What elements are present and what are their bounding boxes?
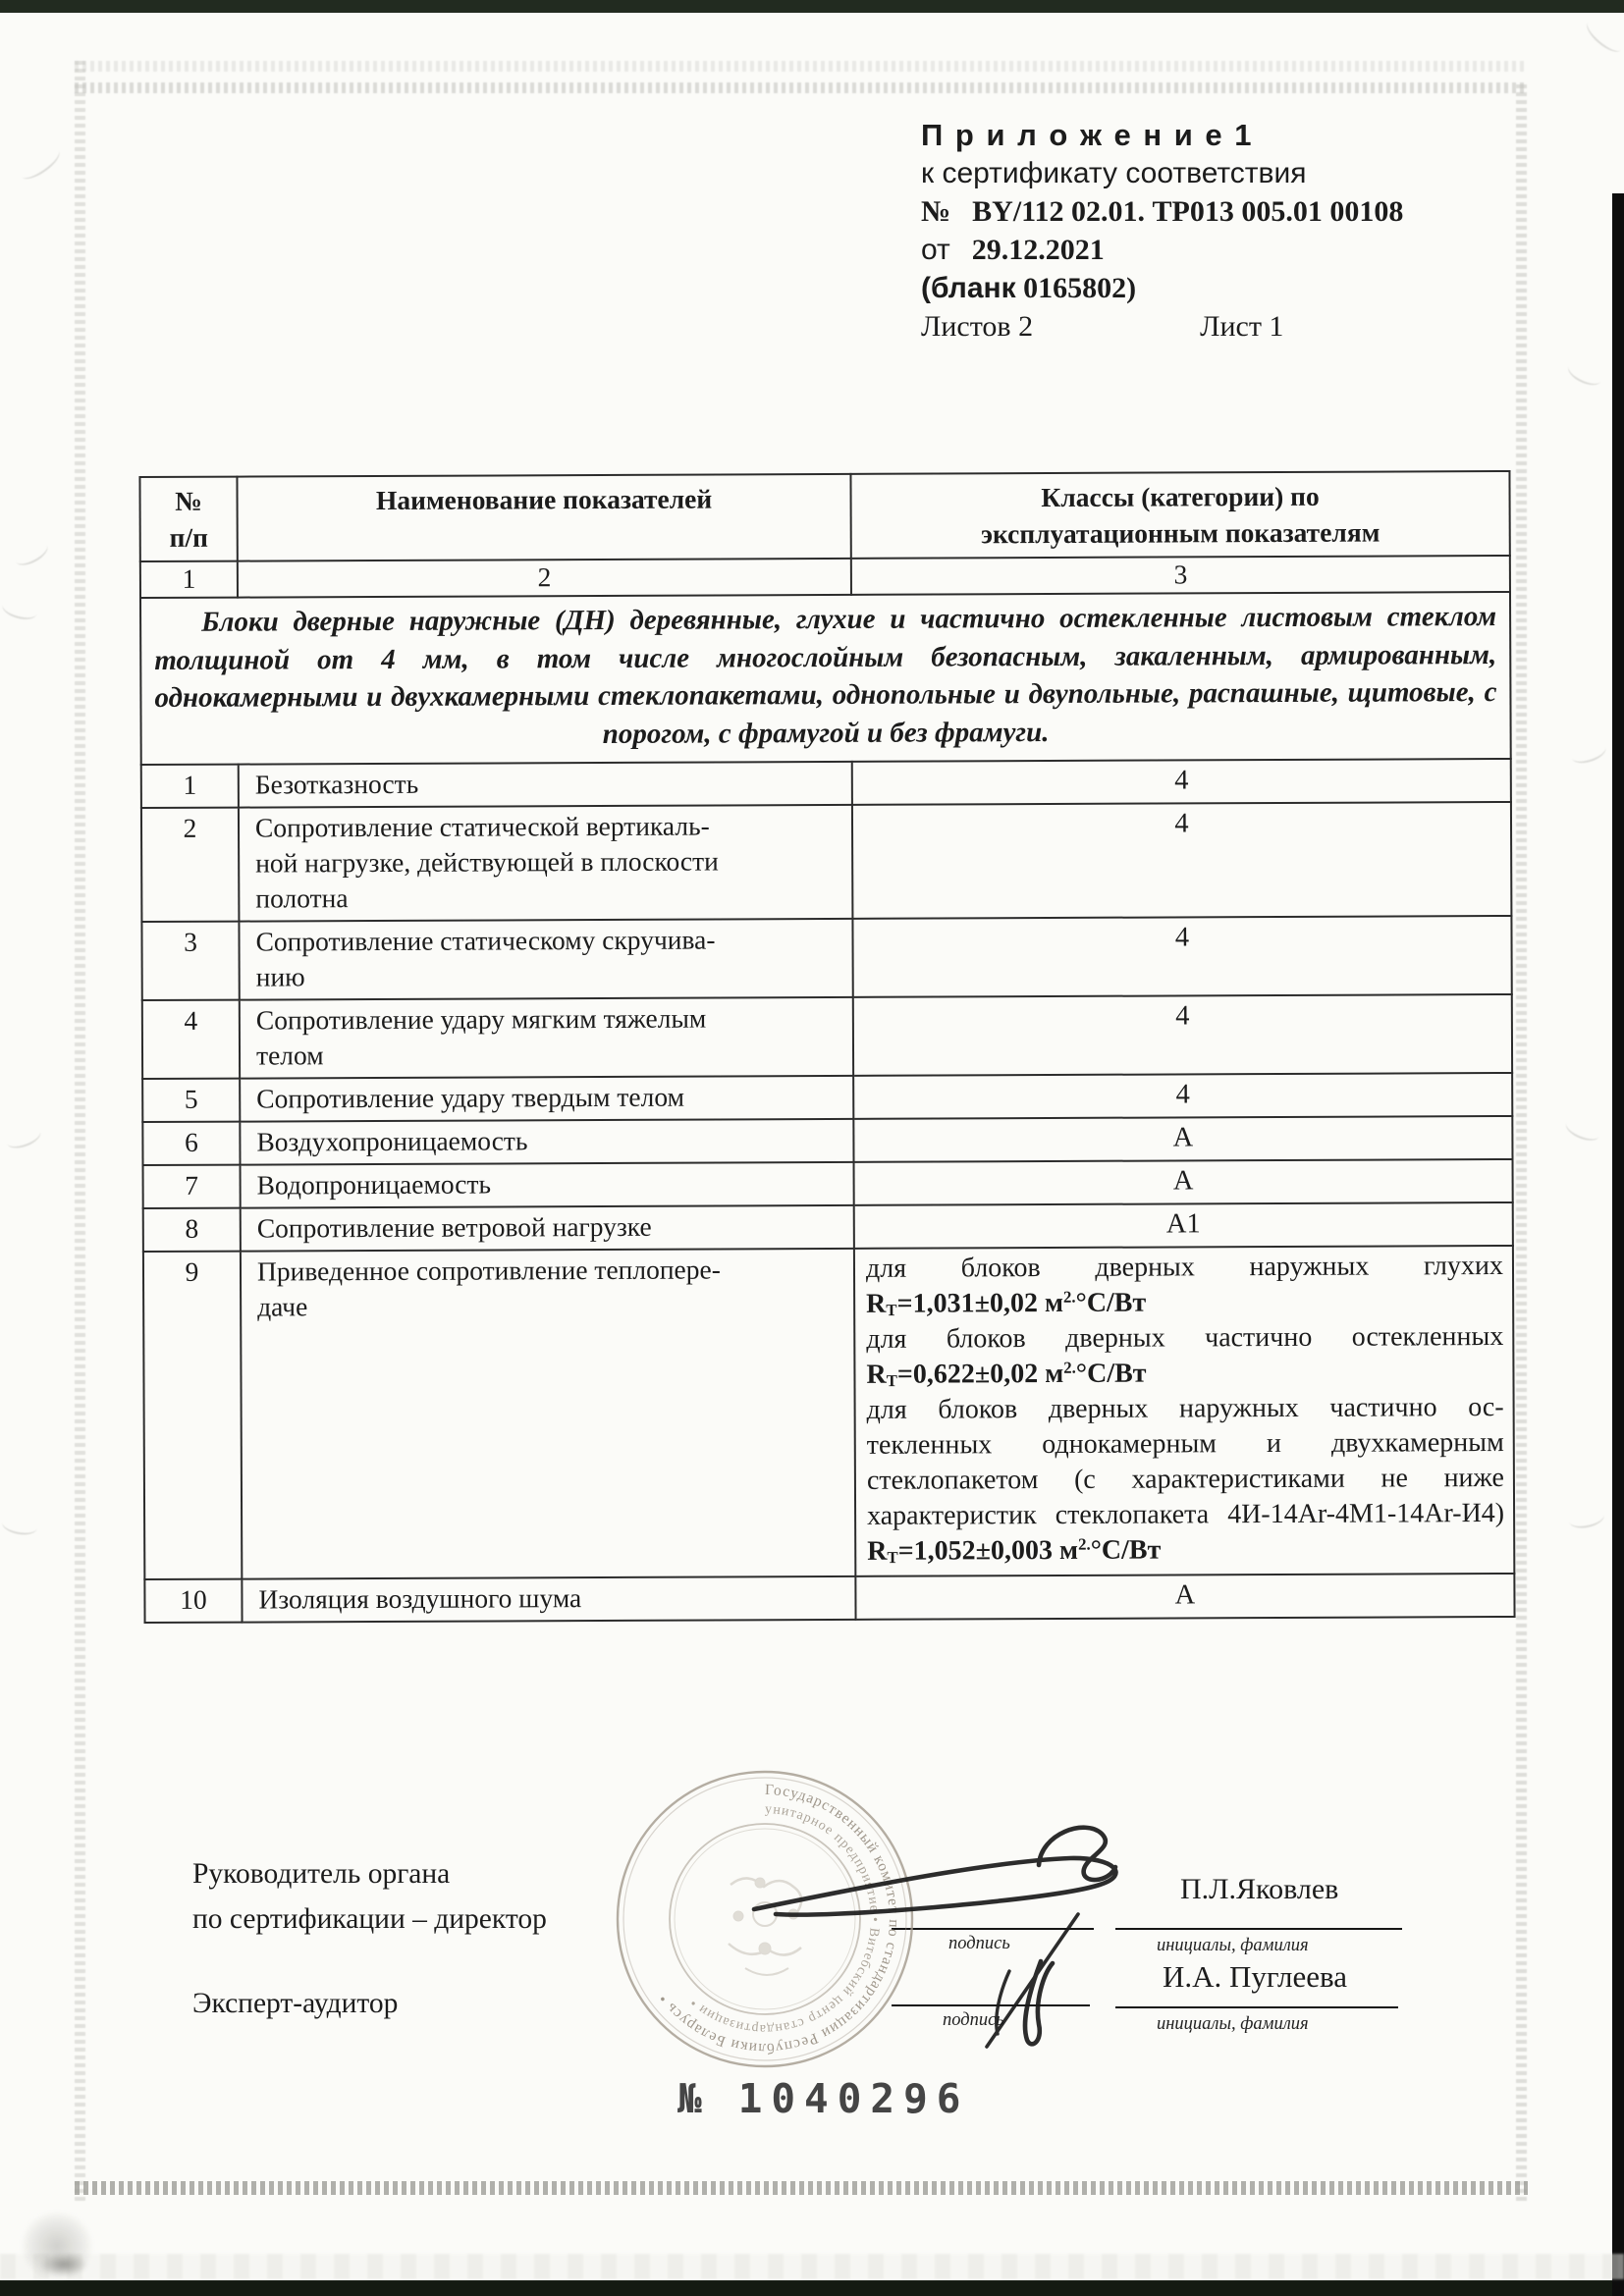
indicator-class-value: А	[854, 1159, 1513, 1205]
scan-right-edge	[1612, 193, 1624, 2296]
certificate-number-line: №BY/112 02.01. ТР013 005.01 00108	[921, 192, 1510, 231]
sheet-current: Лист 1	[1200, 310, 1283, 343]
serial-number-digits: 1040296	[738, 2075, 970, 2122]
indicator-class-value: 4	[853, 994, 1512, 1076]
director-name: П.Л.Яковлев	[1180, 1873, 1338, 1906]
col-index-3: 3	[851, 556, 1510, 595]
director-signature-stroke	[754, 1858, 1115, 1915]
name-caption-1: инициалы, фамилия	[1157, 1936, 1309, 1956]
row-number: 10	[144, 1579, 242, 1623]
table-row: 8Сопротивление ветровой нагрузкеА1	[143, 1202, 1513, 1252]
indicator-name: Приведенное сопротивление теплопере- дач…	[241, 1249, 855, 1579]
table-header-row: № п/п Наименование показателей Классы (к…	[139, 471, 1509, 561]
blank-frame-top-outer	[75, 61, 1526, 72]
product-category-cell: Блоки дверные наружные (ДН) деревянные, …	[140, 592, 1511, 765]
certificate-date: 29.12.2021	[972, 234, 1105, 266]
blank-line: (бланк 0165802)	[921, 269, 1510, 307]
indicator-class-value: 4	[852, 802, 1511, 919]
indicator-name: Сопротивление удару твердым телом	[240, 1076, 853, 1122]
auditor-name: И.А. Пуглеева	[1163, 1959, 1347, 1995]
indicators-tbody: 1Безотказность42Сопротивление статическо…	[141, 759, 1515, 1623]
row-number: 4	[142, 1000, 240, 1079]
margin-smudge	[1569, 739, 1608, 767]
margin-smudge	[0, 597, 38, 623]
margin-smudge	[1, 1514, 39, 1537]
indicator-class-value: 4	[853, 1073, 1512, 1119]
product-category-row: Блоки дверные наружные (ДН) деревянные, …	[140, 592, 1511, 765]
col-index-1: 1	[140, 561, 238, 598]
appendix-title: П р и л о ж е н и е 1	[921, 116, 1510, 155]
blank-label: (бланк	[921, 272, 1016, 304]
column-index-row: 1 2 3	[140, 556, 1510, 598]
certificate-appendix-page: П р и л о ж е н и е 1 к сертификату соот…	[0, 0, 1624, 2296]
table-row: 2Сопротивление статической вертикаль- но…	[141, 802, 1511, 922]
signatory-role-auditor: Эксперт-аудитор	[192, 1981, 398, 2026]
role-director-line1: Руководитель органа	[192, 1851, 644, 1896]
table-row: 5Сопротивление удару твердым телом4	[142, 1073, 1512, 1122]
scan-bottom-texture	[0, 2254, 1624, 2279]
table-row: 6ВоздухопроницаемостьА	[142, 1116, 1512, 1165]
indicator-class-value: А	[853, 1116, 1512, 1162]
scan-bottom-edge	[0, 2280, 1624, 2296]
table-row: 9Приведенное сопротивление теплопере- да…	[143, 1246, 1514, 1579]
indicator-name: Сопротивление статическому скручива- нию	[239, 919, 852, 1000]
indicator-name: Безотказность	[239, 762, 852, 808]
director-signature-flourish	[1039, 1828, 1115, 1880]
col-header-class: Классы (категории) по эксплуатационным п…	[850, 471, 1509, 559]
indicator-class-value: 4	[852, 759, 1511, 805]
row-number: 2	[141, 808, 240, 922]
indicator-class-value: 4	[852, 916, 1511, 997]
table-row: 10Изоляция воздушного шумаА	[144, 1574, 1514, 1623]
indicators-table: № п/п Наименование показателей Классы (к…	[138, 470, 1515, 1624]
margin-smudge	[1568, 1506, 1606, 1530]
row-number: 6	[142, 1122, 240, 1165]
margin-smudge	[1563, 1115, 1602, 1145]
row-number: 8	[143, 1208, 241, 1252]
blank-frame-top-inner	[75, 82, 1526, 93]
row-number: 5	[142, 1079, 240, 1122]
indicator-class-value: А1	[854, 1202, 1513, 1249]
indicator-name: Сопротивление ветровой нагрузке	[241, 1205, 854, 1252]
blank-serial-number: №1040296	[677, 2075, 969, 2122]
sheets-line: Листов 2Лист 1	[921, 307, 1510, 346]
blank-number: 0165802)	[1023, 272, 1136, 304]
col-header-no: № п/п	[139, 477, 237, 561]
indicator-name: Воздухопроницаемость	[240, 1119, 853, 1165]
indicator-name: Сопротивление удару мягким тяжелым телом	[240, 997, 853, 1079]
sheets-total: Листов 2	[921, 310, 1033, 343]
indicator-name: Сопротивление статической вертикаль- ной…	[239, 805, 853, 922]
margin-smudge	[4, 1123, 43, 1151]
col-index-2: 2	[238, 559, 851, 598]
signatory-role-director: Руководитель органа по сертификации – ди…	[192, 1851, 644, 1942]
indicator-class-value: для блоков дверных наружных глухихRТ=1,0…	[854, 1246, 1514, 1576]
certificate-date-line: от29.12.2021	[921, 231, 1510, 269]
document-header: П р и л о ж е н и е 1 к сертификату соот…	[921, 116, 1510, 346]
blank-frame-left	[75, 61, 85, 2201]
margin-smudge	[1582, 16, 1624, 57]
margin-smudge	[17, 143, 64, 184]
row-number: 9	[143, 1252, 242, 1579]
ink-stain-dark	[29, 2248, 98, 2281]
row-number: 7	[143, 1165, 241, 1208]
serial-number-label: №	[677, 2075, 709, 2122]
indicator-name: Изоляция воздушного шума	[242, 1576, 855, 1623]
table-row: 3Сопротивление статическому скручива- ни…	[141, 916, 1511, 1000]
name-caption-2: инициалы, фамилия	[1157, 2014, 1309, 2035]
indicator-class-value: А	[855, 1574, 1514, 1620]
margin-smudge	[1565, 358, 1604, 390]
col-header-name: Наименование показателей	[237, 474, 850, 561]
table-row: 1Безотказность4	[141, 759, 1511, 808]
certificate-number-label: №	[921, 195, 950, 228]
indicator-name: Водопроницаемость	[241, 1162, 854, 1208]
blank-frame-right	[1516, 82, 1527, 2201]
role-director-line2: по сертификации – директор	[192, 1896, 644, 1942]
certificate-subtitle: к сертификату соответствия	[921, 155, 1510, 192]
certificate-number: BY/112 02.01. ТР013 005.01 00108	[972, 195, 1403, 228]
handwritten-signatures	[687, 1787, 1178, 2081]
margin-smudge	[12, 538, 51, 570]
table-row: 4Сопротивление удару мягким тяжелым тело…	[142, 994, 1512, 1079]
row-number: 1	[141, 765, 239, 808]
scan-top-edge	[0, 0, 1624, 13]
blank-frame-bottom	[75, 2181, 1528, 2195]
table-row: 7ВодопроницаемостьА	[143, 1159, 1513, 1208]
row-number: 3	[141, 922, 239, 1000]
date-label: от	[921, 234, 950, 266]
